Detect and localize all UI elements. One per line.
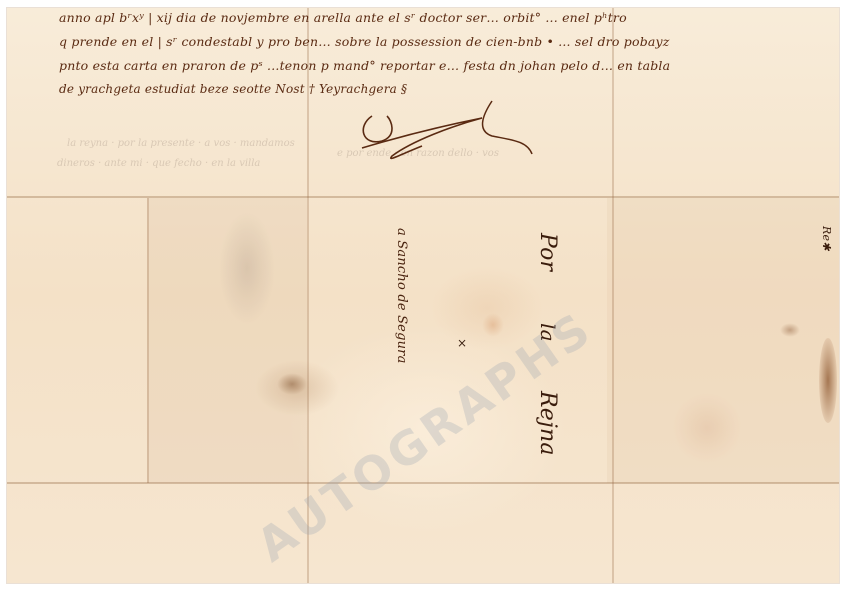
- fold-panel-shade: [607, 198, 839, 483]
- margin-note: Re✱: [820, 226, 833, 251]
- stain: [780, 323, 800, 337]
- address-mark: ×: [457, 336, 467, 350]
- bleed-through-text: la reyna · por la presente · a vos · man…: [67, 138, 295, 149]
- text-line-3: pnto esta carta en praron de pˢ ...tenon…: [59, 58, 670, 73]
- fold-line-vertical: [612, 8, 614, 583]
- bleed-through-text: dineros · ante mi · que fecho · en la vi…: [57, 158, 260, 169]
- address-por: Por: [535, 233, 560, 271]
- addressee-line: a Sancho de Segura: [394, 228, 409, 364]
- text-line-4: de yrachgeta estudiat beze seotte Nost †…: [59, 82, 407, 96]
- text-line-2: q prende en el | sʳ condestabl y pro ben…: [59, 34, 670, 49]
- fold-line-vertical: [147, 198, 149, 483]
- stain: [277, 373, 307, 395]
- ink-stain: [819, 338, 837, 423]
- text-line-1: anno apl bʳxʸ | xij dia de novjembre en …: [59, 10, 627, 25]
- fold-line-horizontal: [7, 196, 839, 198]
- signature-flourish: [352, 96, 552, 166]
- stain: [482, 313, 504, 337]
- address-rejna: Rejna: [535, 391, 560, 456]
- fold-line-horizontal: [7, 482, 839, 484]
- manuscript-sheet: la reyna · por la presente · a vos · man…: [7, 8, 839, 583]
- fold-panel-shade: [147, 198, 307, 483]
